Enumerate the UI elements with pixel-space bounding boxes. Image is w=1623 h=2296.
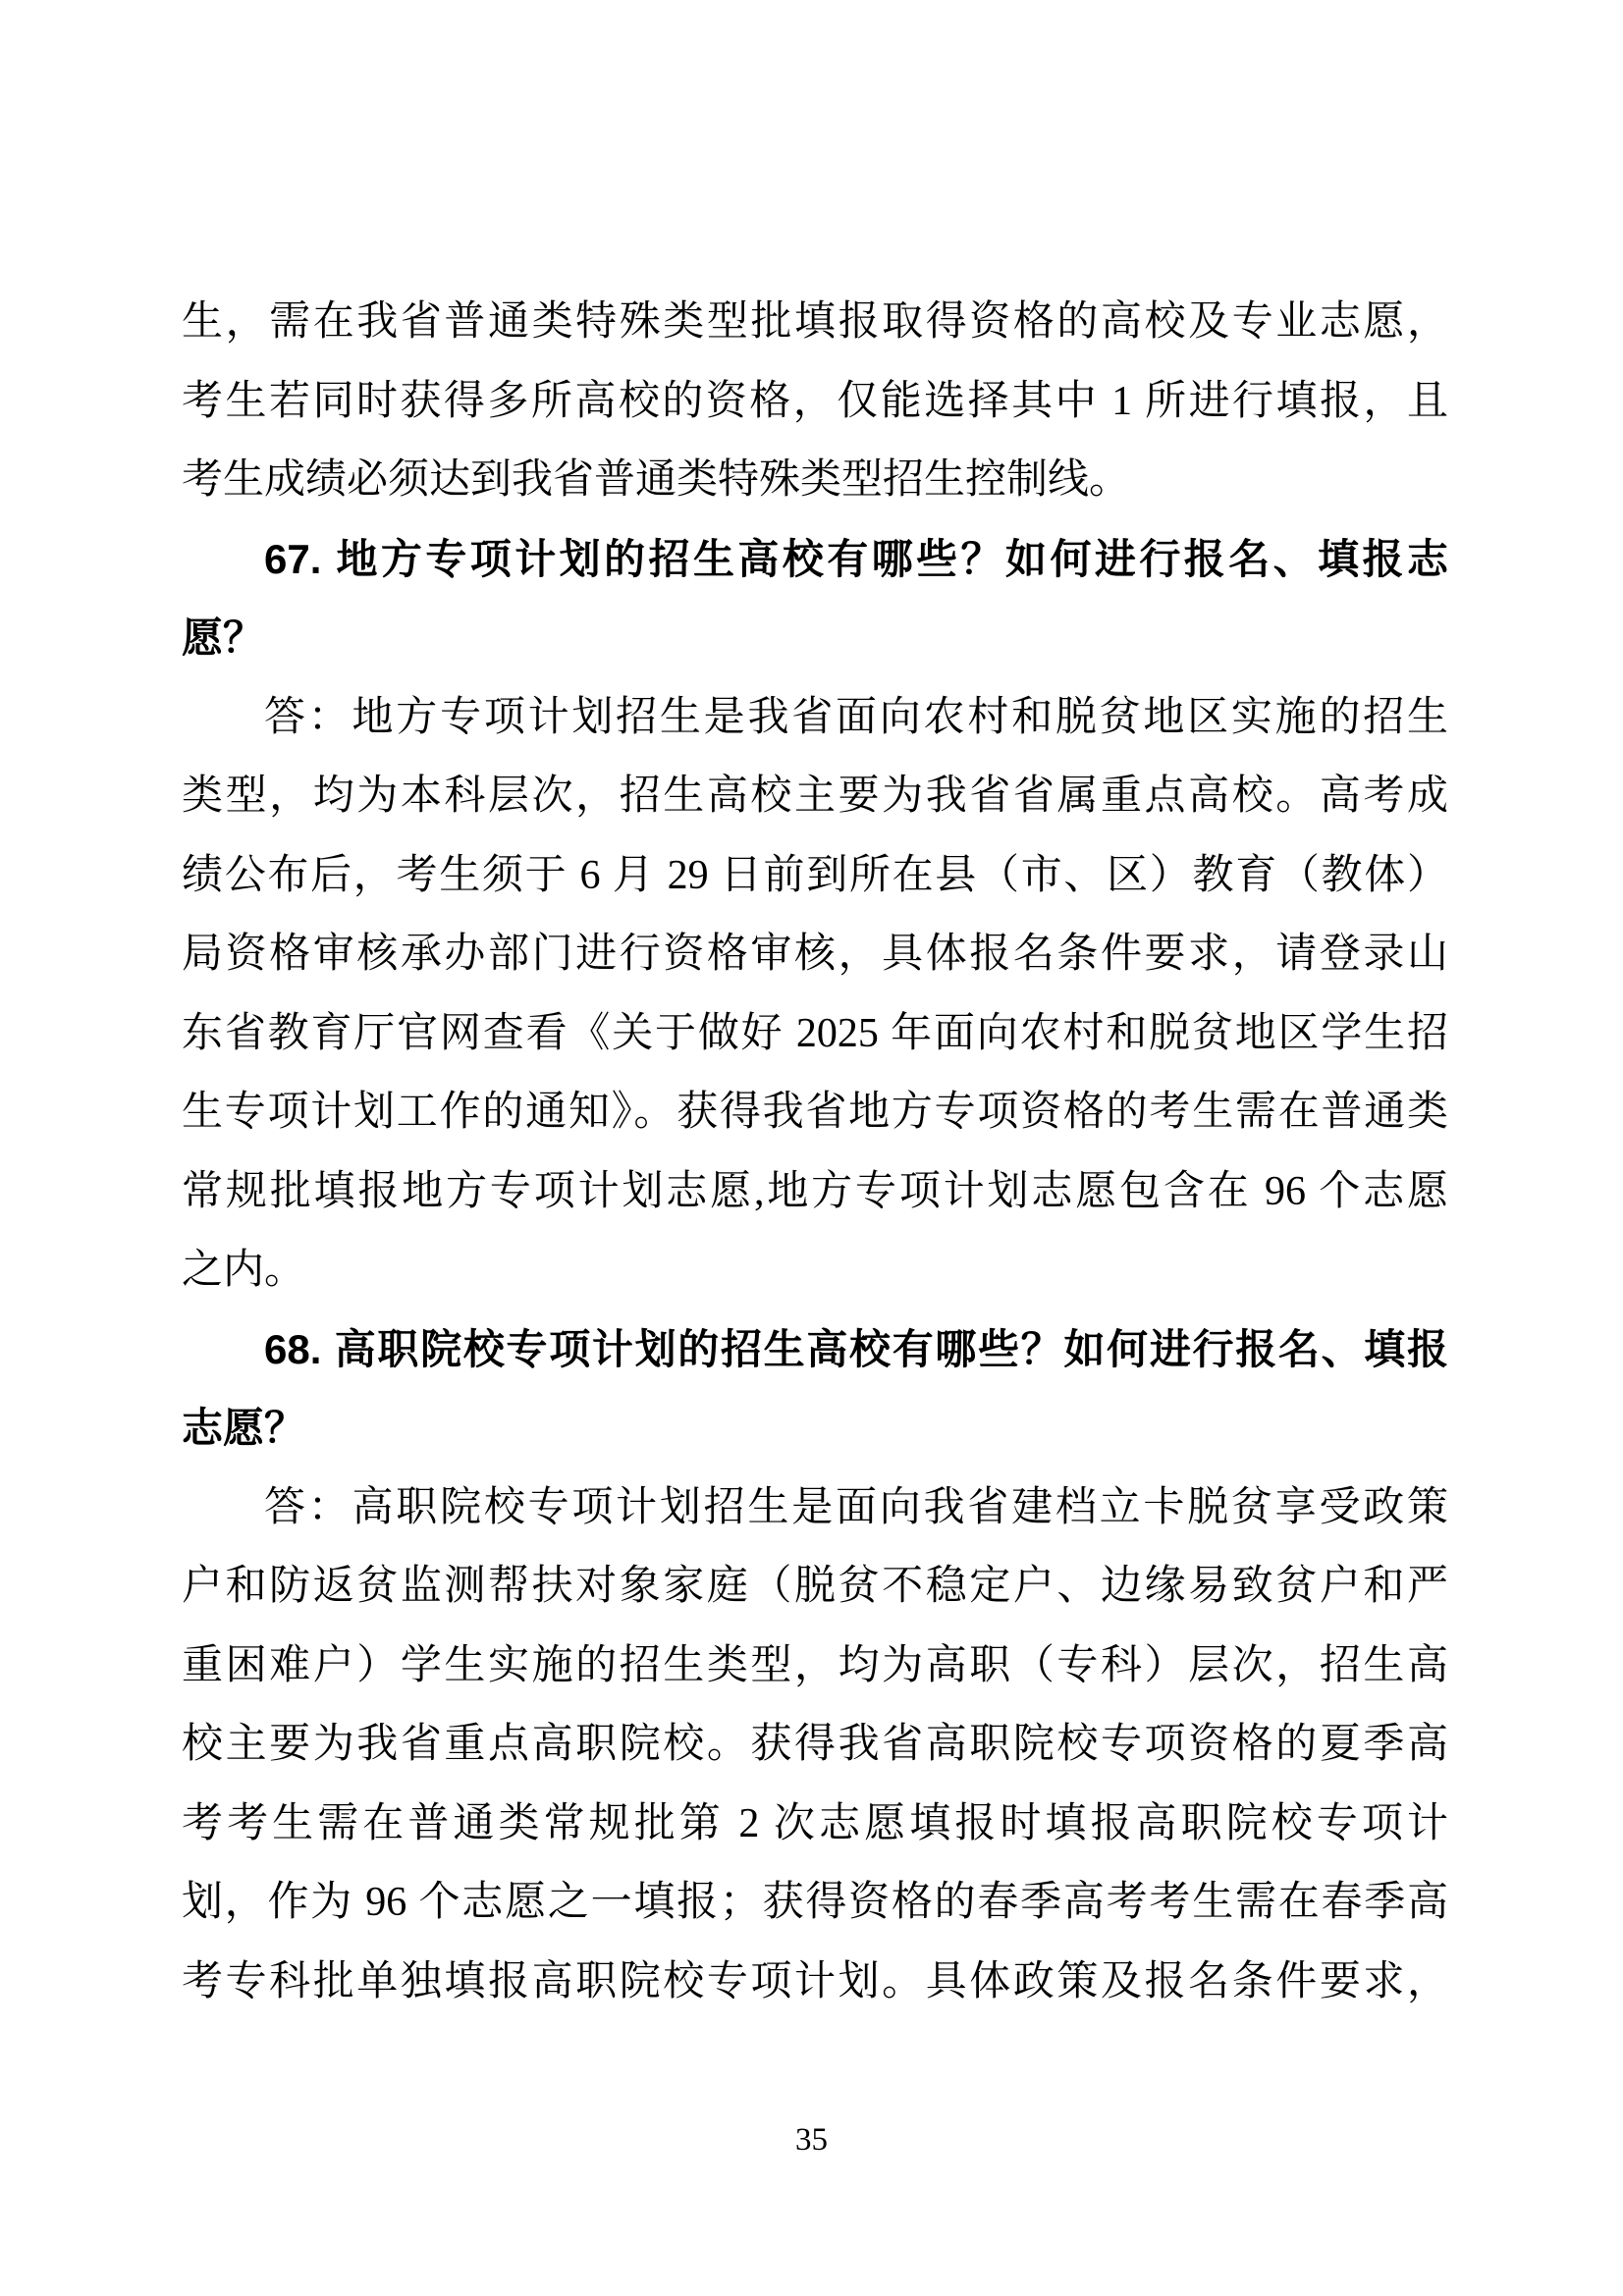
text-line: 考考生需在普通类常规批第 2 次志愿填报时填报高职院校专项计 (182, 1785, 1448, 1864)
text-line: 生专项计划工作的通知》。获得我省地方专项资格的考生需在普通类 (182, 1073, 1448, 1152)
text-line: 局资格审核承办部门进行资格审核，具体报名条件要求，请登录山 (182, 915, 1448, 994)
document-body: 生，需在我省普通类特殊类型批填报取得资格的高校及专业志愿， 考生若同时获得多所高… (182, 283, 1448, 2021)
text-line: 生，需在我省普通类特殊类型批填报取得资格的高校及专业志愿， (182, 283, 1448, 362)
text-line: 考生成绩必须达到我省普通类特殊类型招生控制线。 (182, 441, 1448, 520)
document-page: 生，需在我省普通类特殊类型批填报取得资格的高校及专业志愿， 考生若同时获得多所高… (0, 0, 1623, 2296)
question-heading-line: 67. 地方专项计划的招生高校有哪些？如何进行报名、填报志 (182, 520, 1448, 600)
text-line: 户和防返贫监测帮扶对象家庭（脱贫不稳定户、边缘易致贫户和严 (182, 1547, 1448, 1627)
text-line: 常规批填报地方专项计划志愿,地方专项计划志愿包含在 96 个志愿 (182, 1152, 1448, 1232)
text-line: 校主要为我省重点高职院校。获得我省高职院校专项资格的夏季高 (182, 1705, 1448, 1785)
text-line: 类型，均为本科层次，招生高校主要为我省省属重点高校。高考成 (182, 757, 1448, 836)
text-line: 东省教育厅官网查看《关于做好 2025 年面向农村和脱贫地区学生招 (182, 994, 1448, 1074)
text-line: 之内。 (182, 1231, 1448, 1310)
question-heading-line: 68. 高职院校专项计划的招生高校有哪些？如何进行报名、填报 (182, 1310, 1448, 1390)
text-line: 答：地方专项计划招生是我省面向农村和脱贫地区实施的招生 (182, 678, 1448, 758)
text-line: 绩公布后，考生须于 6 月 29 日前到所在县（市、区）教育（教体） (182, 836, 1448, 916)
page-number: 35 (0, 2120, 1623, 2160)
question-heading-line: 愿？ (182, 599, 1448, 678)
text-line: 答：高职院校专项计划招生是面向我省建档立卡脱贫享受政策 (182, 1468, 1448, 1548)
text-line: 考生若同时获得多所高校的资格，仅能选择其中 1 所进行填报，且 (182, 362, 1448, 442)
text-line: 划，作为 96 个志愿之一填报；获得资格的春季高考考生需在春季高 (182, 1863, 1448, 1943)
text-line: 考专科批单独填报高职院校专项计划。具体政策及报名条件要求， (182, 1943, 1448, 2022)
question-heading-line: 志愿？ (182, 1389, 1448, 1468)
text-line: 重困难户）学生实施的招生类型，均为高职（专科）层次，招生高 (182, 1627, 1448, 1706)
